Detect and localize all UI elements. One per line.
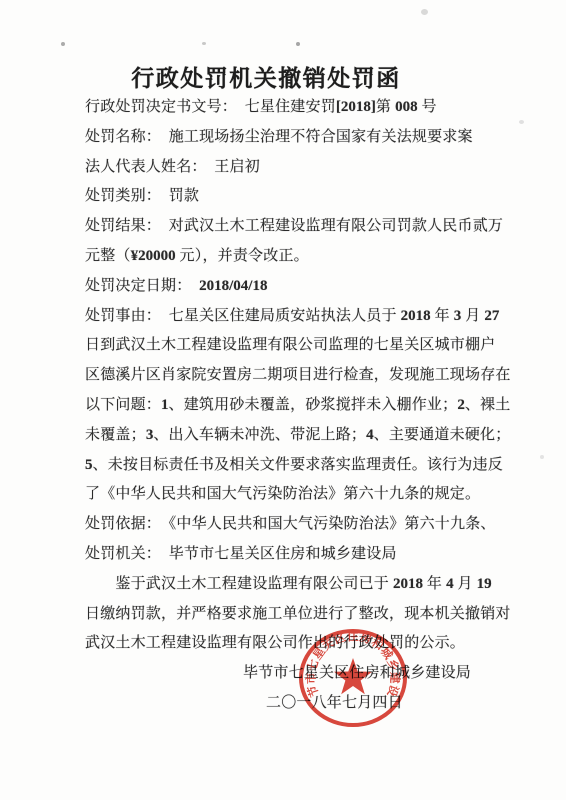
decision-date-line: 处罚决定日期： 2018/04/18 [85,272,515,302]
doc-number-line: 行政处罚决定书文号： 七星住建安罚[2018]第 008 号 [85,93,515,123]
reason-line-5: 未覆盖；3、出入车辆未冲洗、带泥上路；4、主要通道未硬化； [85,421,515,451]
legal-rep-line: 法人代表人姓名： 王启初 [85,153,515,183]
scan-speck [421,9,428,15]
scan-speck [519,120,524,124]
scan-speck [296,42,300,46]
penalty-result-line-2: 元整（¥20000 元），并责令改正。 [85,242,515,272]
reason-line-6: 5、未按目标责任书及相关文件要求落实监理责任。该行为违反 [85,451,515,481]
reason-line-7: 了《中华人民共和国大气污染防治法》第六十九条的规定。 [85,480,515,510]
reason-line-1: 处罚事由： 七星关区住建局质安站执法人员于 2018 年 3 月 27 [85,302,515,332]
penalty-result-line-1: 处罚结果： 对武汉土木工程建设监理有限公司罚款人民币贰万 [85,212,515,242]
seal-star-icon [334,658,372,694]
note-line-2: 日缴纳罚款，并严格要求施工单位进行了整改，现本机关撤销对 [85,600,515,630]
document-body: 行政处罚决定书文号： 七星住建安罚[2018]第 008 号处罚名称： 施工现场… [85,93,515,719]
scanned-document-page: 行政处罚机关撤销处罚函 行政处罚决定书文号： 七星住建安罚[2018]第 008… [0,0,566,800]
basis-line: 处罚依据： 《中华人民共和国大气污染防治法》第六十九条、 [85,510,515,540]
reason-line-4: 以下问题：1、建筑用砂未覆盖，砂浆搅拌未入棚作业；2、裸土 [85,391,515,421]
note-line-1: 鉴于武汉土木工程建设监理有限公司已于 2018 年 4 月 19 [85,570,515,600]
authority-line: 处罚机关： 毕节市七星关区住房和城乡建设局 [85,540,515,570]
scan-speck [202,42,206,45]
scan-speck [540,455,544,459]
official-seal: 毕节市七星关区住房和城乡建设局 [295,626,411,730]
document-title: 行政处罚机关撤销处罚函 [0,60,532,93]
case-name-line: 处罚名称： 施工现场扬尘治理不符合国家有关法规要求案 [85,123,515,153]
reason-line-2: 日到武汉土木工程建设监理有限公司监理的七星关区城市棚户 [85,331,515,361]
penalty-type-line: 处罚类别： 罚款 [85,182,515,212]
reason-line-3: 区德溪片区肖家院安置房二期项目进行检查，发现施工现场存在 [85,361,515,391]
scan-speck [61,42,65,46]
